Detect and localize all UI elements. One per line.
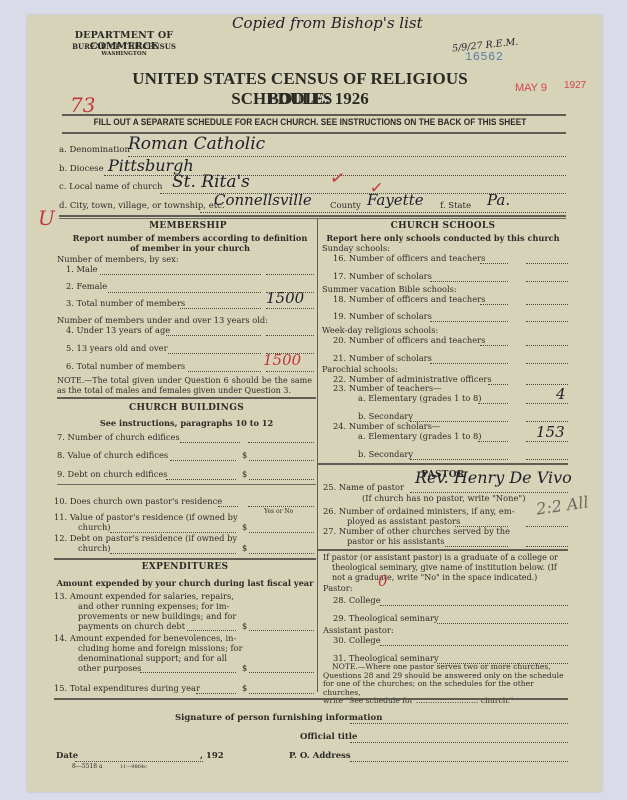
print-code: 11—9864c	[120, 764, 147, 770]
q5-leader	[168, 353, 261, 354]
q1-answer-line[interactable]	[266, 274, 314, 275]
q15-leader	[196, 693, 236, 694]
pastor-edu-mark: 0	[378, 572, 388, 590]
instructions-banner: FILL OUT A SEPARATE SCHEDULE FOR EACH CH…	[80, 117, 540, 127]
divider	[318, 463, 568, 465]
q13-answer-line[interactable]	[249, 630, 314, 631]
membership-heading: MEMBERSHIP	[59, 221, 317, 231]
q24b-leader	[410, 459, 508, 460]
divider	[59, 215, 566, 217]
q6-leader	[188, 371, 261, 372]
q15-label: 15. Total expenditures during year	[54, 683, 200, 693]
divider	[54, 698, 568, 700]
signature-label: Signature of person furnishing informati…	[175, 713, 382, 723]
q21-leader	[430, 363, 508, 364]
q8-answer-line[interactable]	[249, 460, 314, 461]
schools-heading: CHURCH SCHOOLS	[318, 221, 568, 231]
q28-answer-line[interactable]	[380, 605, 568, 606]
q15-answer-line[interactable]	[249, 693, 314, 694]
q14-line: denominational support; and for all	[54, 653, 243, 663]
q14-answer-line[interactable]	[249, 672, 314, 673]
q10-label: 10. Does church own pastor's residence	[54, 496, 222, 506]
q14-line: cluding home and foreign missions; for	[54, 643, 243, 653]
red-mark-annotation: U	[38, 206, 55, 230]
po-address-line[interactable]	[350, 761, 568, 762]
summer-schools-label: Summer vacation Bible schools:	[322, 284, 457, 294]
q30-label: 30. College	[333, 635, 381, 645]
q24-label: 24. Number of scholars—	[333, 421, 440, 431]
q27-answer-line[interactable]	[526, 546, 568, 547]
currency-symbol: $	[242, 469, 247, 479]
city-line	[200, 212, 566, 213]
currency-symbol: $	[242, 621, 247, 631]
divider	[57, 397, 316, 399]
q12-label-cont: church)	[78, 543, 111, 553]
city-value[interactable]: Connellsville	[214, 191, 312, 209]
education-intro: If pastor (or assistant pastor) is a gra…	[323, 553, 568, 583]
q23a-label: a. Elementary (grades 1 to 8)	[358, 393, 482, 403]
q10-answer-line[interactable]	[248, 506, 314, 507]
q29-answer-line[interactable]	[437, 623, 568, 624]
q27-label: 27. Number of other churches served by t…	[323, 526, 510, 536]
yes-no-hint: Yes or No	[264, 508, 293, 515]
q23b-label: b. Secondary	[358, 411, 413, 421]
q4-answer-line[interactable]	[266, 335, 314, 336]
q13-leader	[187, 630, 236, 631]
q23a-value[interactable]: 4	[556, 385, 566, 403]
q16-leader	[480, 263, 508, 264]
q20-answer-line[interactable]	[526, 345, 568, 346]
state-label: f. State	[440, 201, 471, 211]
pastor-edu-label: Pastor:	[323, 583, 353, 593]
q23-label: 23. Number of teachers—	[333, 383, 441, 393]
intro-line: not a graduate, write "No" in the space …	[323, 573, 568, 583]
q9-leader	[166, 479, 236, 480]
currency-symbol: $	[242, 522, 247, 532]
city-label: WASHINGTON	[39, 51, 209, 57]
q8-label: 8. Value of church edifices	[57, 450, 168, 460]
q14-leader	[140, 672, 236, 673]
q10-leader	[218, 506, 238, 507]
q2-leader	[108, 292, 261, 293]
q14-label: 14. Amount expended for benevolences, in…	[54, 633, 243, 673]
q13-label: 13. Amount expended for salaries, repair…	[54, 591, 236, 631]
q24b-label: b. Secondary	[358, 449, 413, 459]
bureau-label: BUREAU OF THE CENSUS	[39, 42, 209, 51]
q5-label: 5. 13 years old and over	[66, 343, 168, 353]
q3-value[interactable]: 1500	[266, 289, 304, 307]
q24a-answer-line	[526, 441, 568, 442]
divider	[57, 484, 316, 485]
form-code: 8—5518 a	[72, 763, 103, 770]
q26-label-cont: ployed as assistant pastors	[347, 516, 460, 526]
denomination-label: a. Denomination	[59, 145, 130, 155]
buildings-heading: CHURCH BUILDINGS	[57, 403, 316, 413]
q21-answer-line[interactable]	[526, 363, 568, 364]
church-name-label: c. Local name of church	[59, 182, 162, 192]
date-line[interactable]	[75, 761, 203, 762]
q25-label: 25. Name of pastor	[323, 482, 404, 492]
q27-leader	[445, 546, 508, 547]
by-sex-label: Number of members, by sex:	[57, 254, 179, 264]
pastor-name-value[interactable]: Rev. Henry De Vivo	[415, 468, 572, 487]
expenditures-subheading: Amount expended by your church during la…	[54, 578, 316, 588]
check-mark-icon: ✓	[369, 177, 384, 197]
q26-label: 26. Number of ordained ministers, if any…	[323, 506, 515, 516]
county-label: County	[330, 201, 361, 211]
q7-answer-line[interactable]	[248, 442, 314, 443]
q11-label: 11. Value of pastor's residence (if owne…	[54, 512, 238, 522]
q3-leader	[180, 308, 261, 309]
denomination-value[interactable]: Roman Catholic	[128, 134, 265, 154]
q20-label: 20. Number of officers and teachers	[333, 335, 485, 345]
official-title-line[interactable]	[350, 742, 568, 743]
divider	[54, 558, 316, 560]
date-stamp-year: 1927	[564, 80, 586, 91]
q17-label: 17. Number of scholars	[333, 271, 432, 281]
q18-label: 18. Number of officers and teachers	[333, 294, 485, 304]
q6-answer-line	[266, 371, 314, 372]
serial-number-stamp: 16562	[465, 50, 504, 64]
column-divider	[317, 219, 318, 692]
divider	[59, 218, 566, 219]
q7-label: 7. Number of church edifices	[57, 432, 180, 442]
q26-answer-line[interactable]	[526, 526, 568, 527]
po-address-label: P. O. Address	[289, 751, 351, 761]
q1-label: 1. Male	[66, 264, 98, 274]
q4-label: 4. Under 13 years of age	[66, 325, 170, 335]
q18-leader	[480, 304, 508, 305]
assistant-edu-label: Assistant pastor:	[323, 625, 394, 635]
church-name-value[interactable]: St. Rita's	[172, 172, 250, 192]
q8-leader	[170, 460, 236, 461]
q13-line: 13. Amount expended for salaries, repair…	[54, 591, 236, 601]
q16-label: 16. Number of officers and teachers	[333, 253, 485, 263]
q19-leader	[430, 321, 508, 322]
q7-leader	[180, 442, 240, 443]
q14-line: 14. Amount expended for benevolences, in…	[54, 633, 243, 643]
q19-label: 19. Number of scholars	[333, 311, 432, 321]
q24a-leader	[478, 441, 508, 442]
schools-subheading: Report here only schools conducted by th…	[318, 233, 568, 243]
currency-symbol: $	[242, 450, 247, 460]
membership-subheading: Report number of members according to de…	[70, 233, 310, 253]
q13-line: provements or new buildings; and for	[54, 611, 236, 621]
q20-leader	[480, 345, 508, 346]
currency-symbol: $	[242, 683, 247, 693]
q23a-answer-line	[526, 403, 568, 404]
q6-value[interactable]: 1500	[263, 351, 301, 369]
currency-symbol: $	[242, 543, 247, 553]
official-title-label: Official title	[300, 732, 357, 742]
q23a-leader	[478, 403, 508, 404]
q12-leader	[110, 553, 236, 554]
age-label: Number of members under and over 13 year…	[57, 315, 268, 325]
q9-answer-line[interactable]	[249, 479, 314, 480]
divider	[318, 549, 568, 551]
intro-line: theological seminary, give name of insti…	[323, 563, 568, 573]
copied-note: Copied from Bishop's list	[232, 14, 423, 32]
q23b-answer-line[interactable]	[526, 421, 568, 422]
schedule-title: SCHEDULE: 1926	[100, 89, 500, 109]
q21-label: 21. Number of scholars	[333, 353, 432, 363]
q4-leader	[166, 335, 261, 336]
q9-label: 9. Debt on church edifices	[57, 469, 168, 479]
q22-leader	[488, 384, 508, 385]
q13-line: and other running expenses; for im-	[54, 601, 236, 611]
q12-answer-line[interactable]	[249, 553, 314, 554]
q3-label: 3. Total number of members	[66, 298, 185, 308]
weekday-schools-label: Week-day religious schools:	[322, 325, 438, 335]
q11-label-cont: church)	[78, 522, 111, 532]
q25-hint: (If church has no pastor, write "None")	[362, 493, 525, 503]
q11-answer-line[interactable]	[249, 532, 314, 533]
q30-answer-line[interactable]	[380, 645, 568, 646]
q18-answer-line[interactable]	[526, 304, 568, 305]
date-label: Date	[56, 751, 78, 761]
q2-label: 2. Female	[66, 281, 107, 291]
q29-label: 29. Theological seminary	[333, 613, 439, 623]
signature-line[interactable]	[350, 723, 568, 724]
q24a-label: a. Elementary (grades 1 to 8)	[358, 431, 482, 441]
q24b-answer-line[interactable]	[526, 459, 568, 460]
q12-label: 12. Debt on pastor's residence (if owned…	[54, 533, 237, 543]
diocese-label: b. Diocese	[59, 164, 104, 174]
note-line: for one of the churches; on the schedule…	[323, 680, 568, 697]
q24a-value[interactable]: 153	[536, 423, 565, 441]
q17-leader	[430, 281, 508, 282]
buildings-subheading: See instructions, paragraphs 10 to 12	[57, 418, 316, 428]
q16-answer-line[interactable]	[526, 263, 568, 264]
intro-line: If pastor (or assistant pastor) is a gra…	[323, 553, 568, 563]
sunday-schools-label: Sunday schools:	[322, 243, 390, 253]
q3-answer-line	[266, 308, 314, 309]
currency-symbol: $	[242, 663, 247, 673]
divider	[62, 114, 566, 116]
date-year-prefix: , 192	[200, 751, 224, 761]
q27-label-cont: pastor or his assistants	[347, 536, 445, 546]
state-value[interactable]: Pa.	[487, 191, 510, 209]
q1-leader	[100, 274, 261, 275]
date-stamp-month: MAY 9	[515, 82, 547, 94]
q19-answer-line[interactable]	[526, 321, 568, 322]
membership-note: NOTE.—The total given under Question 6 s…	[57, 376, 312, 396]
city-label: d. City, town, village, or township, etc…	[59, 201, 225, 211]
q6-label: 6. Total number of members	[66, 361, 185, 371]
expenditures-heading: EXPENDITURES	[54, 562, 316, 572]
q17-answer-line[interactable]	[526, 281, 568, 282]
parochial-schools-label: Parochial schools:	[322, 364, 398, 374]
q28-label: 28. College	[333, 595, 381, 605]
